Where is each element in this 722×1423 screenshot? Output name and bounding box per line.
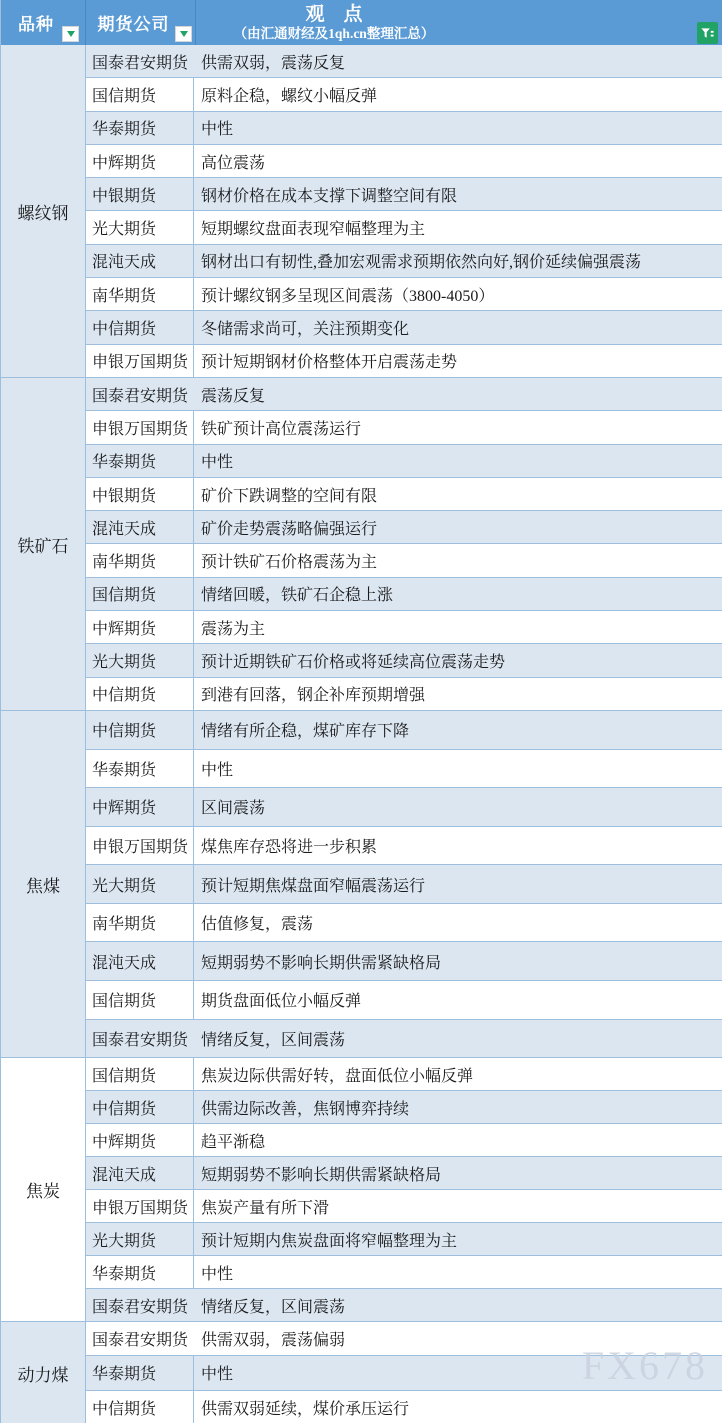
table-row: 华泰期货 中性 bbox=[86, 1356, 722, 1390]
view-cell: 中性 bbox=[194, 750, 722, 788]
company-cell: 国泰君安期货 bbox=[86, 1322, 194, 1355]
company-cell: 中辉期货 bbox=[86, 611, 194, 643]
view-cell: 中性 bbox=[194, 1256, 722, 1288]
section-rows: 国泰君安期货 供需双弱，震荡反复 国信期货 原料企稳，螺纹小幅反弹 华泰期货 中… bbox=[86, 45, 722, 377]
table-row: 中信期货 到港有回落，钢企补库预期增强 bbox=[86, 678, 722, 710]
table-filter-button[interactable] bbox=[697, 22, 718, 44]
variety-cell: 动力煤 bbox=[1, 1322, 86, 1423]
company-cell: 国泰君安期货 bbox=[86, 45, 194, 77]
table-row: 中信期货 供需双弱延续，煤价承压运行 bbox=[86, 1391, 722, 1423]
view-cell: 期货盘面低位小幅反弹 bbox=[194, 981, 722, 1019]
view-cell: 矿价下跌调整的空间有限 bbox=[194, 478, 722, 510]
variety-cell: 焦炭 bbox=[1, 1058, 86, 1321]
commodity-section: 动力煤 国泰君安期货 供需双弱，震荡偏弱 华泰期货 中性 中信期货 供需双弱延续… bbox=[1, 1322, 722, 1423]
view-cell: 中性 bbox=[194, 112, 722, 144]
view-cell: 震荡反复 bbox=[194, 378, 722, 410]
company-cell: 中辉期货 bbox=[86, 145, 194, 177]
company-cell: 国信期货 bbox=[86, 1058, 194, 1090]
table-row: 中信期货 供需边际改善，焦钢博弈持续 bbox=[86, 1091, 722, 1124]
view-cell: 铁矿预计高位震荡运行 bbox=[194, 411, 722, 443]
table-row: 南华期货 预计铁矿石价格震荡为主 bbox=[86, 544, 722, 577]
header-cell-variety: 品种 bbox=[1, 0, 86, 45]
company-cell: 混沌天成 bbox=[86, 1157, 194, 1189]
table-row: 申银万国期货 预计短期钢材价格整体开启震荡走势 bbox=[86, 345, 722, 377]
chevron-down-icon bbox=[180, 31, 188, 37]
company-cell: 申银万国期货 bbox=[86, 827, 194, 865]
company-cell: 华泰期货 bbox=[86, 1256, 194, 1288]
chevron-down-icon bbox=[67, 31, 75, 37]
view-cell: 预计短期钢材价格整体开启震荡走势 bbox=[194, 345, 722, 377]
company-cell: 光大期货 bbox=[86, 644, 194, 676]
view-cell: 预计短期内焦炭盘面将窄幅整理为主 bbox=[194, 1223, 722, 1255]
view-cell: 短期螺纹盘面表现窄幅整理为主 bbox=[194, 211, 722, 243]
company-filter-dropdown-button[interactable] bbox=[175, 26, 192, 42]
company-cell: 光大期货 bbox=[86, 211, 194, 243]
table-row: 光大期货 预计短期内焦炭盘面将窄幅整理为主 bbox=[86, 1223, 722, 1256]
commodity-section: 铁矿石 国泰君安期货 震荡反复 申银万国期货 铁矿预计高位震荡运行 华泰期货 中… bbox=[1, 378, 722, 711]
commodity-section: 螺纹钢 国泰君安期货 供需双弱，震荡反复 国信期货 原料企稳，螺纹小幅反弹 华泰… bbox=[1, 45, 722, 378]
company-cell: 国泰君安期货 bbox=[86, 1289, 194, 1321]
view-cell: 情绪反复，区间震荡 bbox=[194, 1020, 722, 1058]
company-cell: 华泰期货 bbox=[86, 445, 194, 477]
company-cell: 中银期货 bbox=[86, 178, 194, 210]
table-row: 华泰期货 中性 bbox=[86, 1256, 722, 1289]
table-row: 光大期货 预计短期焦煤盘面窄幅震荡运行 bbox=[86, 865, 722, 904]
table-row: 华泰期货 中性 bbox=[86, 445, 722, 478]
view-cell: 高位震荡 bbox=[194, 145, 722, 177]
view-cell: 趋平渐稳 bbox=[194, 1124, 722, 1156]
variety-column-header: 品种 bbox=[18, 10, 68, 35]
company-cell: 中辉期货 bbox=[86, 788, 194, 826]
view-cell: 预计近期铁矿石价格或将延续高位震荡走势 bbox=[194, 644, 722, 676]
table-row: 中银期货 矿价下跌调整的空间有限 bbox=[86, 478, 722, 511]
table-row: 国泰君安期货 供需双弱，震荡偏弱 bbox=[86, 1322, 722, 1356]
company-cell: 中信期货 bbox=[86, 311, 194, 343]
table-row: 国信期货 期货盘面低位小幅反弹 bbox=[86, 981, 722, 1020]
view-cell: 原料企稳，螺纹小幅反弹 bbox=[194, 78, 722, 110]
view-cell: 矿价走势震荡略偏强运行 bbox=[194, 511, 722, 543]
variety-cell: 螺纹钢 bbox=[1, 45, 86, 377]
table-row: 申银万国期货 煤焦库存恐将进一步积累 bbox=[86, 827, 722, 866]
variety-filter-dropdown-button[interactable] bbox=[62, 26, 79, 42]
company-cell: 混沌天成 bbox=[86, 942, 194, 980]
view-cell: 供需双弱，震荡偏弱 bbox=[194, 1322, 722, 1355]
company-cell: 申银万国期货 bbox=[86, 345, 194, 377]
table-header: 品种 期货公司 观 点 （由汇通财经及1qh.cn整理汇总） bbox=[1, 0, 722, 45]
table-row: 中辉期货 震荡为主 bbox=[86, 611, 722, 644]
company-cell: 中信期货 bbox=[86, 678, 194, 710]
company-column-header: 期货公司 bbox=[98, 10, 184, 35]
company-cell: 光大期货 bbox=[86, 865, 194, 903]
view-cell: 中性 bbox=[194, 1356, 722, 1389]
company-cell: 华泰期货 bbox=[86, 112, 194, 144]
table-row: 中辉期货 趋平渐稳 bbox=[86, 1124, 722, 1157]
company-cell: 南华期货 bbox=[86, 544, 194, 576]
table-row: 中辉期货 高位震荡 bbox=[86, 145, 722, 178]
company-cell: 国信期货 bbox=[86, 578, 194, 610]
company-cell: 中信期货 bbox=[86, 1391, 194, 1423]
company-cell: 国泰君安期货 bbox=[86, 1020, 194, 1058]
table-row: 中辉期货 区间震荡 bbox=[86, 788, 722, 827]
commodity-section: 焦煤 中信期货 情绪有所企稳，煤矿库存下降 华泰期货 中性 中辉期货 区间震荡 … bbox=[1, 711, 722, 1058]
company-cell: 申银万国期货 bbox=[86, 411, 194, 443]
view-cell: 情绪有所企稳，煤矿库存下降 bbox=[194, 711, 722, 749]
view-cell: 供需边际改善，焦钢博弈持续 bbox=[194, 1091, 722, 1123]
view-cell: 焦炭边际供需好转，盘面低位小幅反弹 bbox=[194, 1058, 722, 1090]
section-rows: 国泰君安期货 震荡反复 申银万国期货 铁矿预计高位震荡运行 华泰期货 中性 中银… bbox=[86, 378, 722, 710]
table-row: 华泰期货 中性 bbox=[86, 112, 722, 145]
table-row: 南华期货 预计螺纹钢多呈现区间震荡（3800-4050） bbox=[86, 278, 722, 311]
company-cell: 华泰期货 bbox=[86, 1356, 194, 1389]
filter-funnel-icon bbox=[700, 26, 715, 41]
company-cell: 中辉期货 bbox=[86, 1124, 194, 1156]
view-cell: 钢材出口有韧性,叠加宏观需求预期依然向好,钢价延续偏强震荡 bbox=[194, 245, 722, 277]
company-cell: 中信期货 bbox=[86, 711, 194, 749]
table-row: 南华期货 估值修复，震荡 bbox=[86, 904, 722, 943]
table-row: 混沌天成 钢材出口有韧性,叠加宏观需求预期依然向好,钢价延续偏强震荡 bbox=[86, 245, 722, 278]
view-cell: 煤焦库存恐将进一步积累 bbox=[194, 827, 722, 865]
view-cell: 区间震荡 bbox=[194, 788, 722, 826]
view-column-subtitle: （由汇通财经及1qh.cn整理汇总） bbox=[234, 26, 435, 42]
company-cell: 申银万国期货 bbox=[86, 1190, 194, 1222]
table-row: 光大期货 预计近期铁矿石价格或将延续高位震荡走势 bbox=[86, 644, 722, 677]
futures-opinion-table: 品种 期货公司 观 点 （由汇通财经及1qh.cn整理汇总） 螺纹钢 国泰君安期… bbox=[0, 0, 722, 1423]
company-cell: 中银期货 bbox=[86, 478, 194, 510]
table-body: 螺纹钢 国泰君安期货 供需双弱，震荡反复 国信期货 原料企稳，螺纹小幅反弹 华泰… bbox=[1, 45, 722, 1423]
header-cell-view: 观 点 （由汇通财经及1qh.cn整理汇总） bbox=[196, 0, 722, 45]
company-cell: 国信期货 bbox=[86, 78, 194, 110]
table-row: 中信期货 情绪有所企稳，煤矿库存下降 bbox=[86, 711, 722, 750]
view-cell: 短期弱势不影响长期供需紧缺格局 bbox=[194, 1157, 722, 1189]
company-cell: 中信期货 bbox=[86, 1091, 194, 1123]
view-cell: 预计短期焦煤盘面窄幅震荡运行 bbox=[194, 865, 722, 903]
view-cell: 估值修复，震荡 bbox=[194, 904, 722, 942]
table-row: 国泰君安期货 情绪反复，区间震荡 bbox=[86, 1020, 722, 1058]
section-rows: 中信期货 情绪有所企稳，煤矿库存下降 华泰期货 中性 中辉期货 区间震荡 申银万… bbox=[86, 711, 722, 1057]
view-cell: 情绪回暖，铁矿石企稳上涨 bbox=[194, 578, 722, 610]
table-row: 混沌天成 短期弱势不影响长期供需紧缺格局 bbox=[86, 1157, 722, 1190]
table-row: 国泰君安期货 情绪反复，区间震荡 bbox=[86, 1289, 722, 1321]
table-row: 混沌天成 短期弱势不影响长期供需紧缺格局 bbox=[86, 942, 722, 981]
view-cell: 预计螺纹钢多呈现区间震荡（3800-4050） bbox=[194, 278, 722, 310]
table-row: 申银万国期货 焦炭产量有所下滑 bbox=[86, 1190, 722, 1223]
header-cell-company: 期货公司 bbox=[86, 0, 196, 45]
table-row: 国信期货 情绪回暖，铁矿石企稳上涨 bbox=[86, 578, 722, 611]
view-cell: 震荡为主 bbox=[194, 611, 722, 643]
table-row: 申银万国期货 铁矿预计高位震荡运行 bbox=[86, 411, 722, 444]
view-cell: 钢材价格在成本支撑下调整空间有限 bbox=[194, 178, 722, 210]
commodity-section: 焦炭 国信期货 焦炭边际供需好转，盘面低位小幅反弹 中信期货 供需边际改善，焦钢… bbox=[1, 1058, 722, 1322]
company-cell: 国泰君安期货 bbox=[86, 378, 194, 410]
table-row: 混沌天成 矿价走势震荡略偏强运行 bbox=[86, 511, 722, 544]
view-cell: 供需双弱，震荡反复 bbox=[194, 45, 722, 77]
view-cell: 情绪反复，区间震荡 bbox=[194, 1289, 722, 1321]
variety-cell: 铁矿石 bbox=[1, 378, 86, 710]
table-row: 中银期货 钢材价格在成本支撑下调整空间有限 bbox=[86, 178, 722, 211]
view-cell: 焦炭产量有所下滑 bbox=[194, 1190, 722, 1222]
view-cell: 预计铁矿石价格震荡为主 bbox=[194, 544, 722, 576]
company-cell: 国信期货 bbox=[86, 981, 194, 1019]
company-cell: 混沌天成 bbox=[86, 511, 194, 543]
table-row: 国泰君安期货 供需双弱，震荡反复 bbox=[86, 45, 722, 78]
company-cell: 混沌天成 bbox=[86, 245, 194, 277]
company-cell: 华泰期货 bbox=[86, 750, 194, 788]
table-row: 光大期货 短期螺纹盘面表现窄幅整理为主 bbox=[86, 211, 722, 244]
view-cell: 冬储需求尚可，关注预期变化 bbox=[194, 311, 722, 343]
view-cell: 供需双弱延续，煤价承压运行 bbox=[194, 1391, 722, 1423]
variety-cell: 焦煤 bbox=[1, 711, 86, 1057]
company-cell: 南华期货 bbox=[86, 904, 194, 942]
company-cell: 光大期货 bbox=[86, 1223, 194, 1255]
view-cell: 到港有回落，钢企补库预期增强 bbox=[194, 678, 722, 710]
table-row: 国泰君安期货 震荡反复 bbox=[86, 378, 722, 411]
view-column-header: 观 点 bbox=[305, 4, 362, 26]
section-rows: 国泰君安期货 供需双弱，震荡偏弱 华泰期货 中性 中信期货 供需双弱延续，煤价承… bbox=[86, 1322, 722, 1423]
table-row: 华泰期货 中性 bbox=[86, 750, 722, 789]
company-cell: 南华期货 bbox=[86, 278, 194, 310]
table-row: 国信期货 焦炭边际供需好转，盘面低位小幅反弹 bbox=[86, 1058, 722, 1091]
table-row: 中信期货 冬储需求尚可，关注预期变化 bbox=[86, 311, 722, 344]
view-cell: 短期弱势不影响长期供需紧缺格局 bbox=[194, 942, 722, 980]
section-rows: 国信期货 焦炭边际供需好转，盘面低位小幅反弹 中信期货 供需边际改善，焦钢博弈持… bbox=[86, 1058, 722, 1321]
table-row: 国信期货 原料企稳，螺纹小幅反弹 bbox=[86, 78, 722, 111]
view-cell: 中性 bbox=[194, 445, 722, 477]
